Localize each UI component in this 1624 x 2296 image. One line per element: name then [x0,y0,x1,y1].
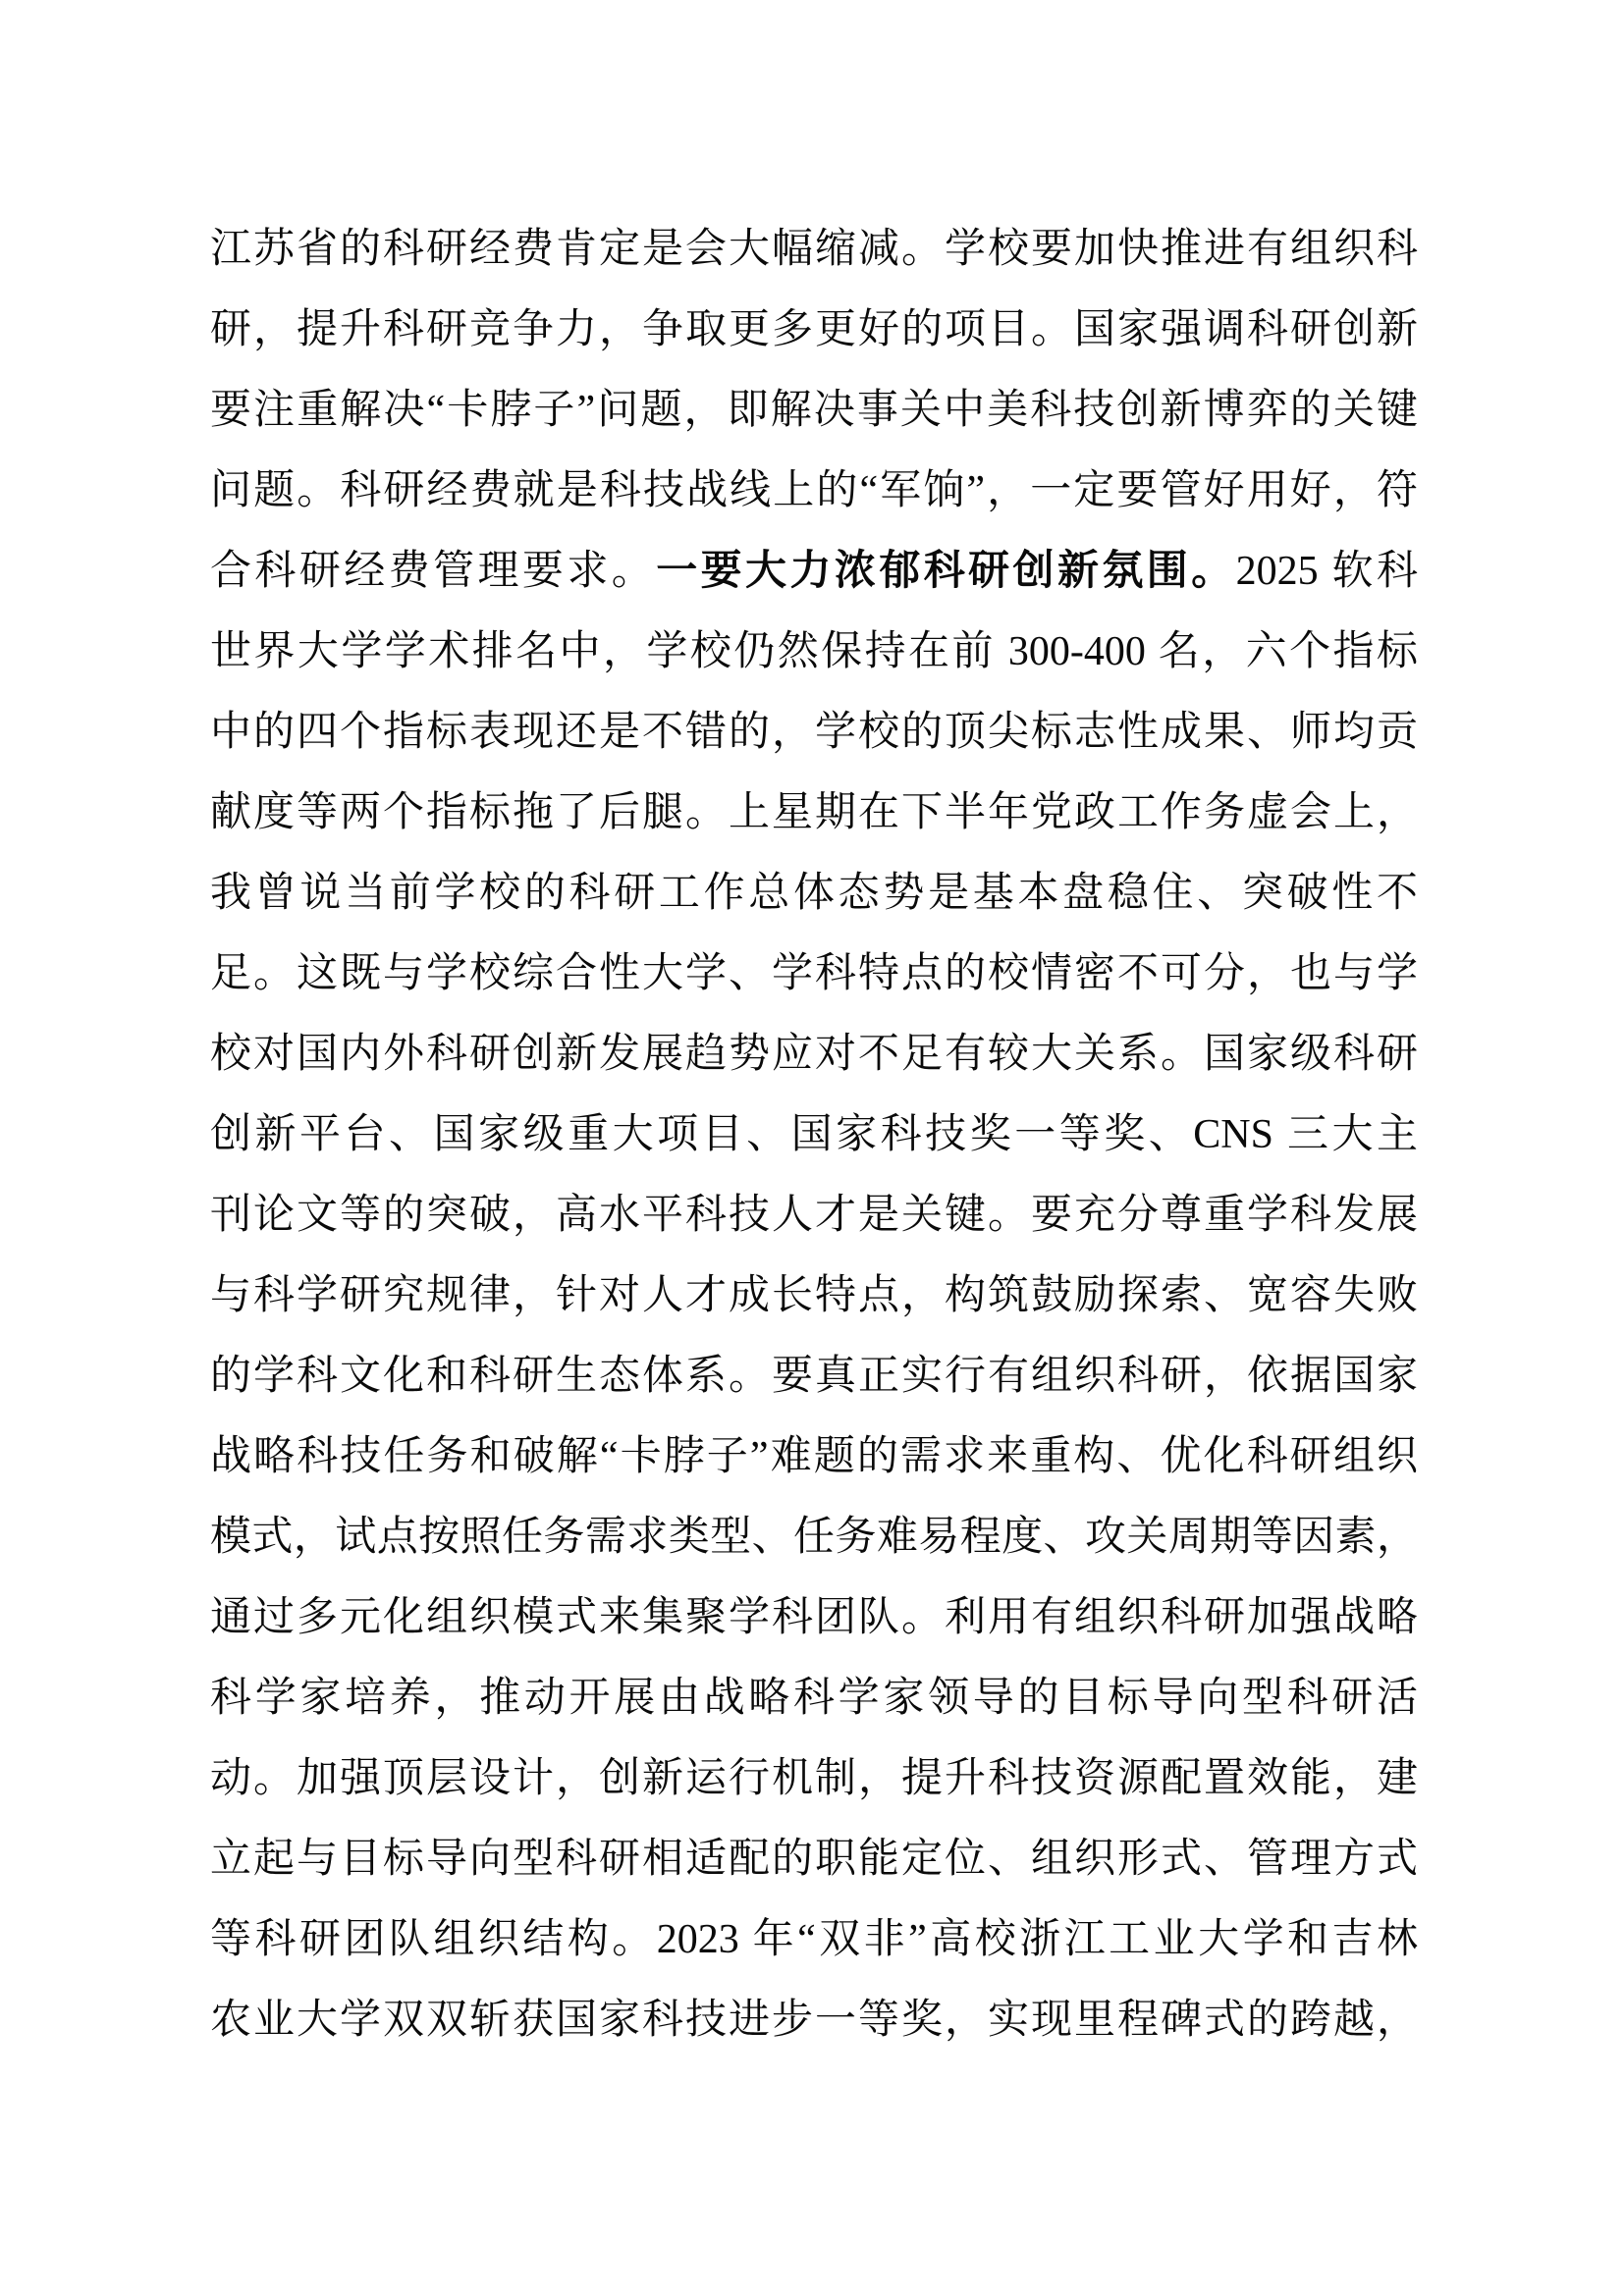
body-text-segment: 合科研经费管理要求。 [210,549,656,594]
text-line: 我曾说当前学校的科研工作总体态势是基本盘稳住、突破性不 [210,853,1418,934]
body-text-segment: 等科研团队组织结构。2023 年“双非”高校浙江工业大学和吉林 [210,1917,1418,1962]
body-text-segment: 的学科文化和科研生态体系。要真正实行有组织科研，依据国家 [210,1354,1418,1399]
text-line: 校对国内外科研创新发展趋势应对不足有较大关系。国家级科研 [210,1014,1418,1095]
body-text-segment: 校对国内外科研创新发展趋势应对不足有较大关系。国家级科研 [210,1032,1418,1077]
body-text-segment: 创新平台、国家级重大项目、国家科技奖一等奖、CNS 三大主 [210,1112,1418,1157]
body-text-segment: 江苏省的科研经费肯定是会大幅缩减。学校要加快推进有组织科 [210,227,1418,272]
text-line: 模式，试点按照任务需求类型、任务难易程度、攻关周期等因素， [210,1497,1418,1577]
body-text-segment: 科学家培养，推动开展由战略科学家领导的目标导向型科研活 [210,1676,1418,1721]
body-text-block: 江苏省的科研经费肯定是会大幅缩减。学校要加快推进有组织科研，提升科研竞争力，争取… [210,209,1418,2060]
text-line: 足。这既与学校综合性大学、学科特点的校情密不可分，也与学 [210,934,1418,1014]
body-text-segment: 通过多元化组织模式来集聚学科团队。利用有组织科研加强战略 [210,1595,1418,1640]
body-text-segment: 2025 软科 [1236,549,1418,594]
text-line: 科学家培养，推动开展由战略科学家领导的目标导向型科研活 [210,1658,1418,1738]
text-line: 世界大学学术排名中，学校仍然保持在前 300-400 名，六个指标 [210,612,1418,692]
body-text-segment: 我曾说当前学校的科研工作总体态势是基本盘稳住、突破性不 [210,871,1418,916]
text-line: 中的四个指标表现还是不错的，学校的顶尖标志性成果、师均贡 [210,692,1418,773]
text-line: 的学科文化和科研生态体系。要真正实行有组织科研，依据国家 [210,1336,1418,1416]
body-text-segment: 中的四个指标表现还是不错的，学校的顶尖标志性成果、师均贡 [210,710,1418,755]
body-text-segment: 问题。科研经费就是科技战线上的“军饷”，一定要管好用好，符 [210,468,1418,513]
text-line: 献度等两个指标拖了后腿。上星期在下半年党政工作务虚会上， [210,773,1418,853]
text-line: 研，提升科研竞争力，争取更多更好的项目。国家强调科研创新 [210,290,1418,370]
text-line: 动。加强顶层设计，创新运行机制，提升科技资源配置效能，建 [210,1738,1418,1819]
text-line: 与科学研究规律，针对人才成长特点，构筑鼓励探索、宽容失败 [210,1255,1418,1336]
emphasis-text-segment: 一要大力浓郁科研创新氛围。 [656,549,1235,594]
body-text-segment: 战略科技任务和破解“卡脖子”难题的需求来重构、优化科研组织 [210,1434,1418,1479]
body-text-segment: 献度等两个指标拖了后腿。上星期在下半年党政工作务虚会上， [210,790,1418,835]
text-line: 立起与目标导向型科研相适配的职能定位、组织形式、管理方式 [210,1819,1418,1899]
text-line: 农业大学双双斩获国家科技进步一等奖，实现里程碑式的跨越， [210,1980,1418,2060]
text-line: 问题。科研经费就是科技战线上的“军饷”，一定要管好用好，符 [210,451,1418,531]
body-text-segment: 要注重解决“卡脖子”问题，即解决事关中美科技创新博弈的关键 [210,388,1418,433]
text-line: 要注重解决“卡脖子”问题，即解决事关中美科技创新博弈的关键 [210,370,1418,451]
text-line: 战略科技任务和破解“卡脖子”难题的需求来重构、优化科研组织 [210,1416,1418,1497]
text-line: 合科研经费管理要求。一要大力浓郁科研创新氛围。2025 软科 [210,531,1418,612]
document-page: 江苏省的科研经费肯定是会大幅缩减。学校要加快推进有组织科研，提升科研竞争力，争取… [0,0,1624,2296]
text-line: 创新平台、国家级重大项目、国家科技奖一等奖、CNS 三大主 [210,1095,1418,1175]
text-line: 江苏省的科研经费肯定是会大幅缩减。学校要加快推进有组织科 [210,209,1418,290]
body-text-segment: 与科学研究规律，针对人才成长特点，构筑鼓励探索、宽容失败 [210,1273,1418,1318]
body-text-segment: 世界大学学术排名中，学校仍然保持在前 300-400 名，六个指标 [210,629,1418,674]
body-text-segment: 农业大学双双斩获国家科技进步一等奖，实现里程碑式的跨越， [210,1998,1418,2043]
body-text-segment: 足。这既与学校综合性大学、学科特点的校情密不可分，也与学 [210,951,1418,996]
text-line: 通过多元化组织模式来集聚学科团队。利用有组织科研加强战略 [210,1577,1418,1658]
body-text-segment: 研，提升科研竞争力，争取更多更好的项目。国家强调科研创新 [210,307,1418,352]
body-text-segment: 动。加强顶层设计，创新运行机制，提升科技资源配置效能，建 [210,1756,1418,1801]
text-line: 刊论文等的突破，高水平科技人才是关键。要充分尊重学科发展 [210,1175,1418,1255]
body-text-segment: 刊论文等的突破，高水平科技人才是关键。要充分尊重学科发展 [210,1193,1418,1238]
body-text-segment: 模式，试点按照任务需求类型、任务难易程度、攻关周期等因素， [210,1515,1418,1560]
text-line: 等科研团队组织结构。2023 年“双非”高校浙江工业大学和吉林 [210,1899,1418,1980]
body-text-segment: 立起与目标导向型科研相适配的职能定位、组织形式、管理方式 [210,1837,1418,1882]
